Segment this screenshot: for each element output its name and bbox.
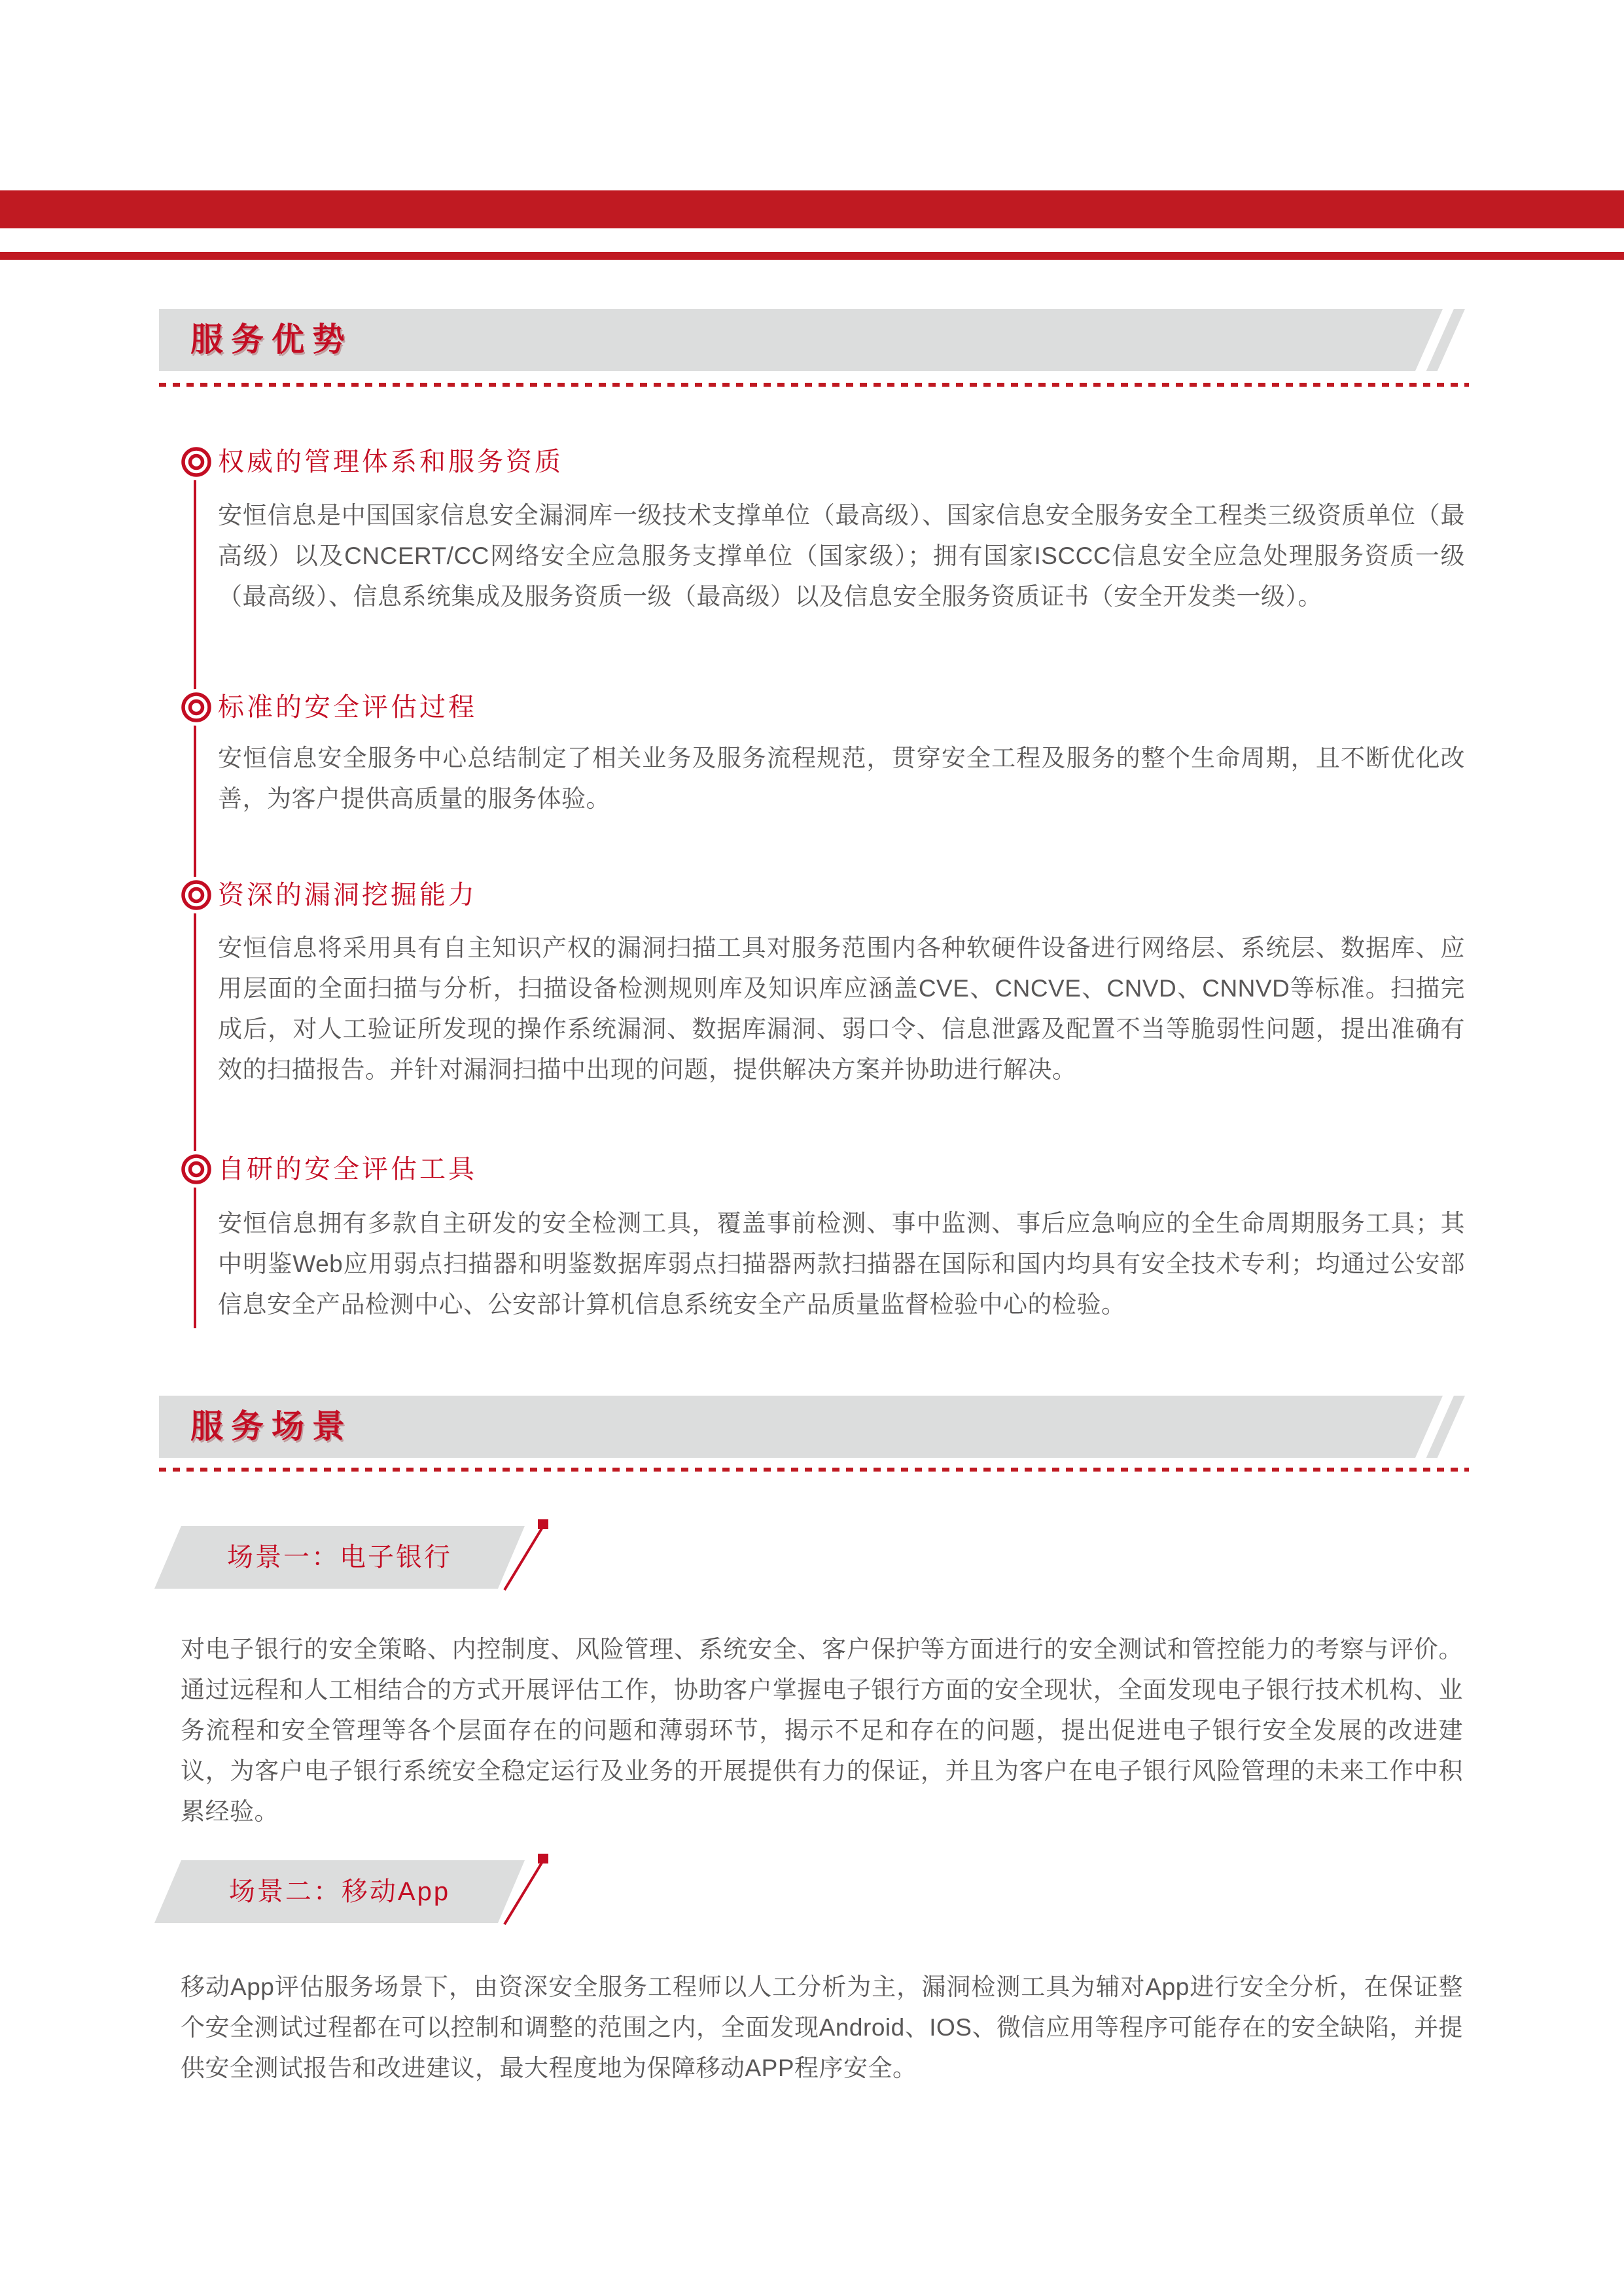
section-title-scenarios: 服务场景 bbox=[190, 1396, 353, 1458]
bullseye-icon bbox=[178, 877, 215, 913]
advantage-heading: 权威的管理体系和服务资质 bbox=[218, 444, 563, 480]
bullseye-icon bbox=[178, 444, 215, 480]
scenario-banner-2: 场景二：移动App bbox=[154, 1860, 525, 1923]
section-title-advantages: 服务优势 bbox=[190, 309, 353, 371]
top-red-thin-bar bbox=[0, 252, 1624, 260]
section-banner-scenarios: 服务场景 bbox=[159, 1396, 1482, 1458]
advantage-heading: 资深的漏洞挖掘能力 bbox=[218, 877, 477, 913]
advantage-heading: 自研的安全评估工具 bbox=[218, 1151, 477, 1188]
scenario-label: 场景一：电子银行 bbox=[154, 1526, 525, 1589]
scenario-body: 对电子银行的安全策略、内控制度、风险管理、系统安全、客户保护等方面进行的安全测试… bbox=[181, 1629, 1463, 1832]
top-red-bar bbox=[0, 190, 1624, 228]
advantage-body: 安恒信息安全服务中心总结制定了相关业务及服务流程规范，贯穿安全工程及服务的整个生… bbox=[218, 738, 1465, 819]
scenario-banner-1: 场景一：电子银行 bbox=[154, 1526, 525, 1589]
slash-marker-icon bbox=[495, 1852, 560, 1926]
advantage-heading: 标准的安全评估过程 bbox=[218, 689, 477, 726]
scenario-body: 移动App评估服务场景下，由资深安全服务工程师以人工分析为主，漏洞检测工具为辅对… bbox=[181, 1967, 1463, 2089]
dashed-divider bbox=[159, 383, 1469, 387]
bullseye-icon bbox=[178, 689, 215, 726]
bullseye-icon bbox=[178, 1151, 215, 1188]
advantage-body: 安恒信息是中国国家信息安全漏洞库一级技术支撑单位（最高级）、国家信息安全服务安全… bbox=[218, 495, 1465, 617]
advantage-body: 安恒信息将采用具有自主知识产权的漏洞扫描工具对服务范围内各种软硬件设备进行网络层… bbox=[218, 928, 1465, 1090]
dashed-divider bbox=[159, 1468, 1469, 1472]
scenario-label: 场景二：移动App bbox=[154, 1860, 525, 1923]
advantage-body: 安恒信息拥有多款自主研发的安全检测工具，覆盖事前检测、事中监测、事后应急响应的全… bbox=[218, 1203, 1465, 1325]
section-banner-advantages: 服务优势 bbox=[159, 309, 1482, 371]
brochure-page: 服务优势 权威的管理体系和服务资质 安恒信息是中国国家信息安全漏洞库一级技术支撑… bbox=[0, 0, 1624, 2296]
slash-marker-icon bbox=[495, 1518, 560, 1591]
